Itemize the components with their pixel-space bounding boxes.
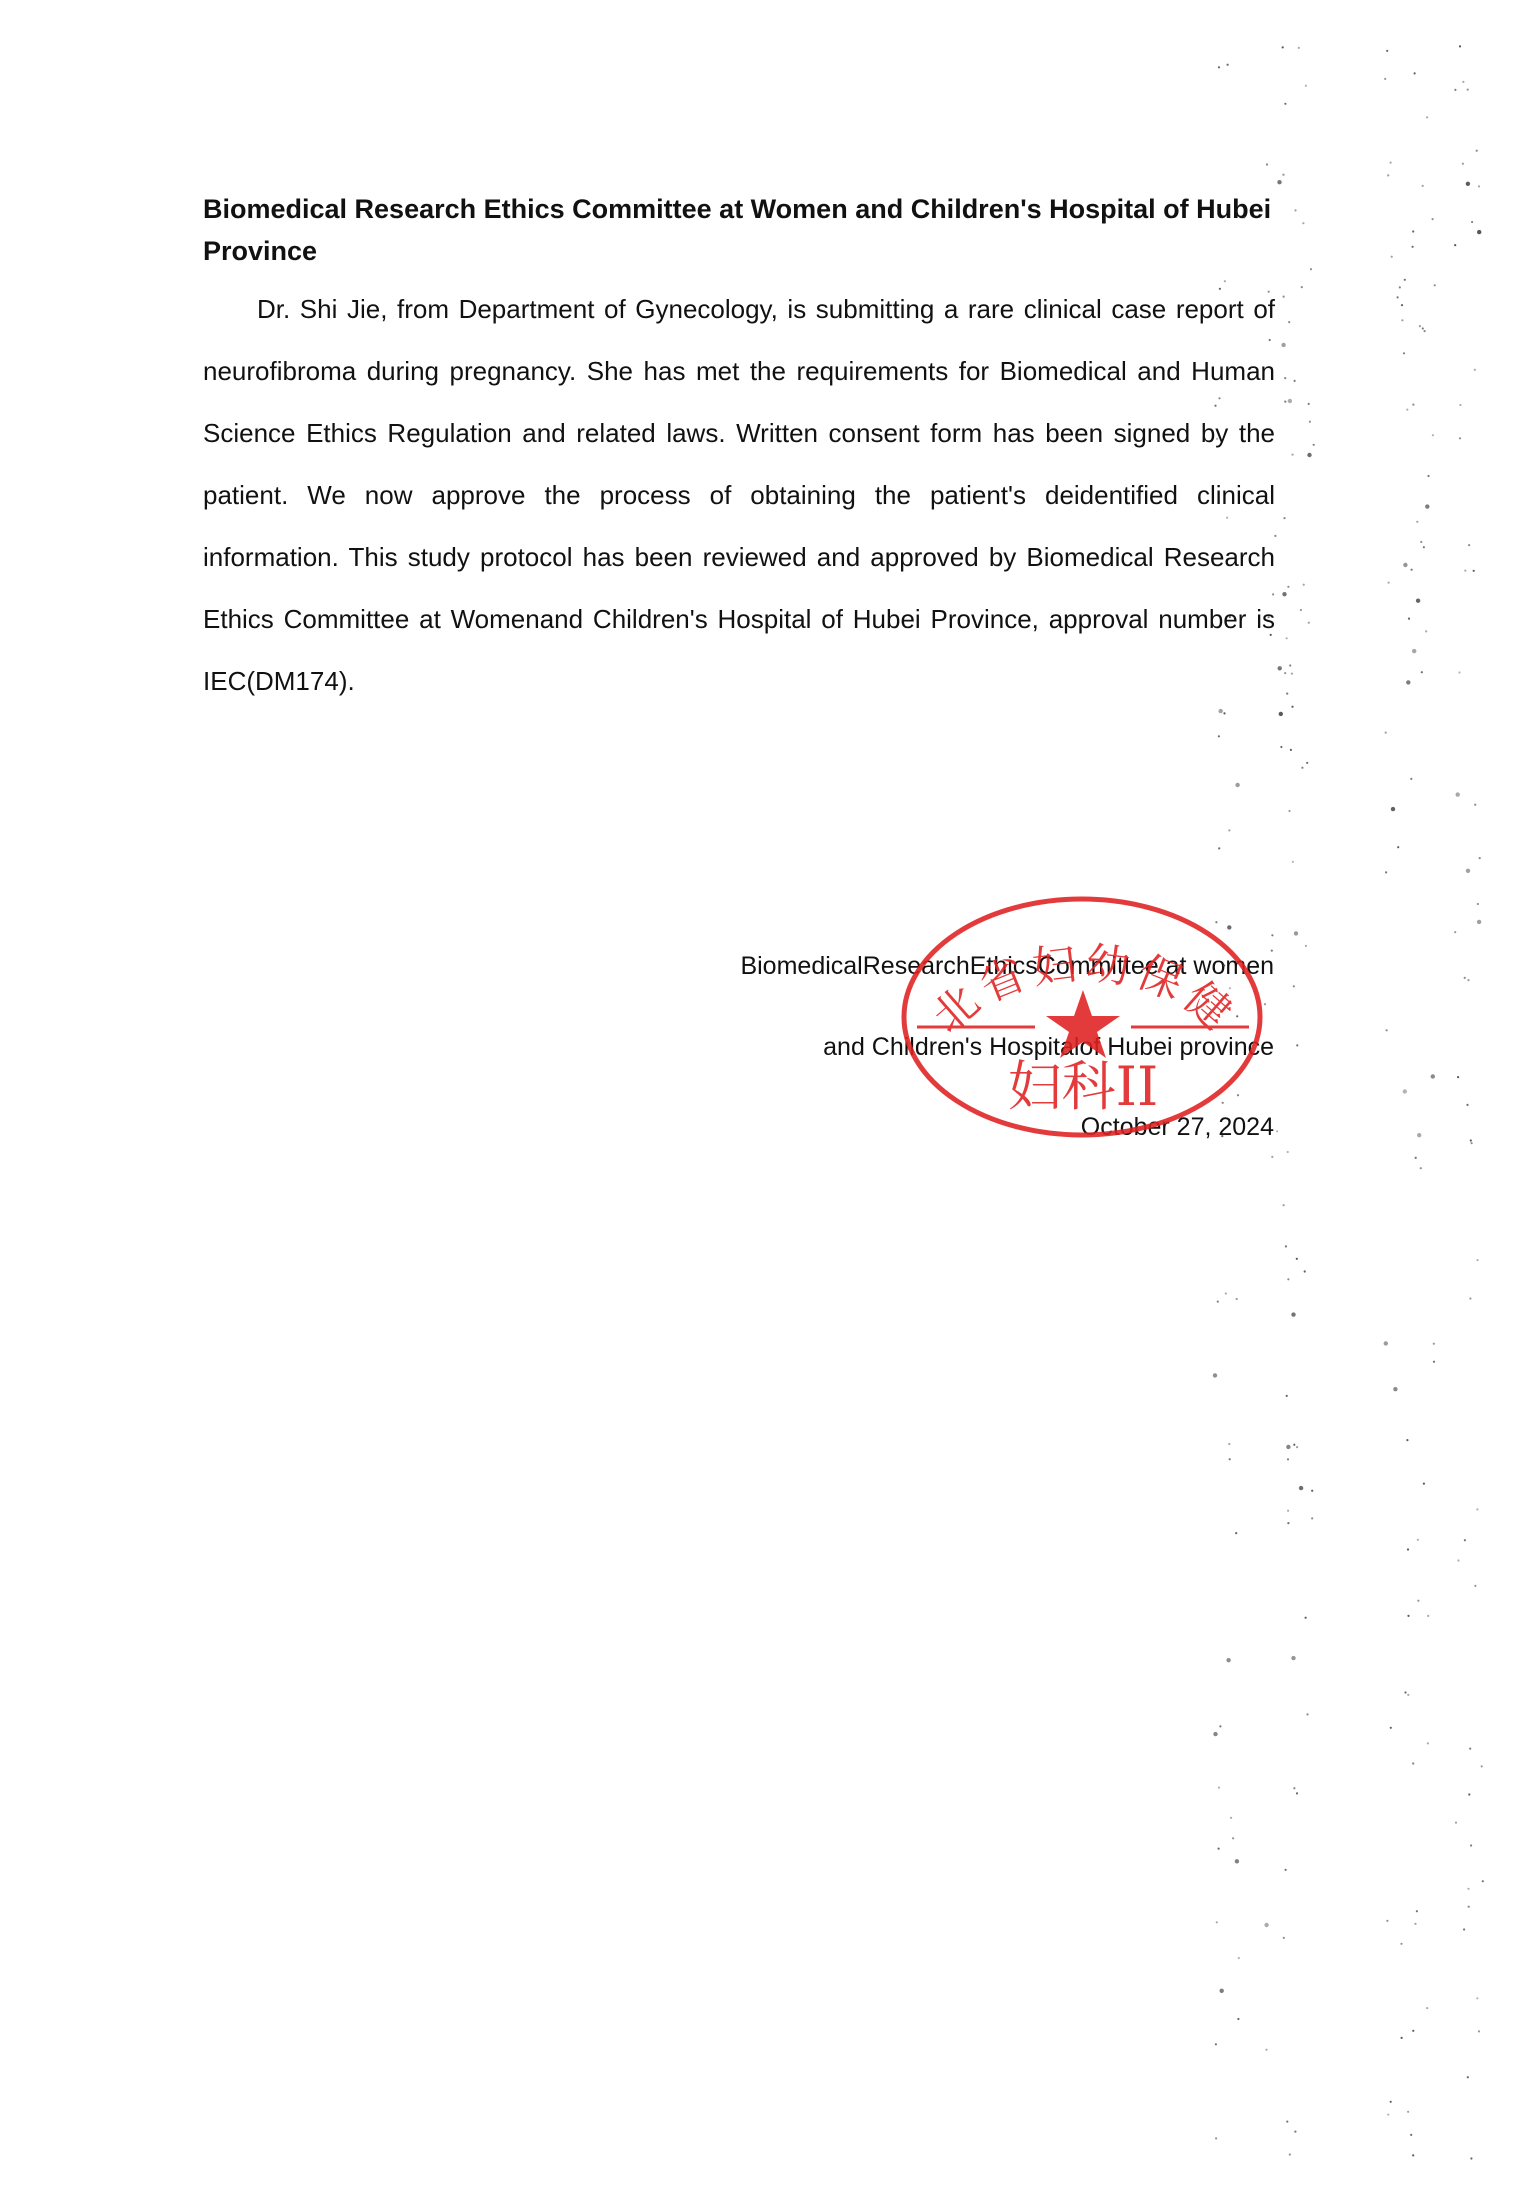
document-body: Dr. Shi Jie, from Department of Gynecolo… [203,278,1275,712]
document-page: Biomedical Research Ethics Committee at … [0,0,1536,2204]
star-icon [1046,990,1120,1058]
stamp-center-text: 妇科II [1008,1055,1159,1118]
document-heading: Biomedical Research Ethics Committee at … [203,188,1283,272]
official-seal-stamp: 湖北省妇幼保健院 妇科II [897,890,1267,1140]
